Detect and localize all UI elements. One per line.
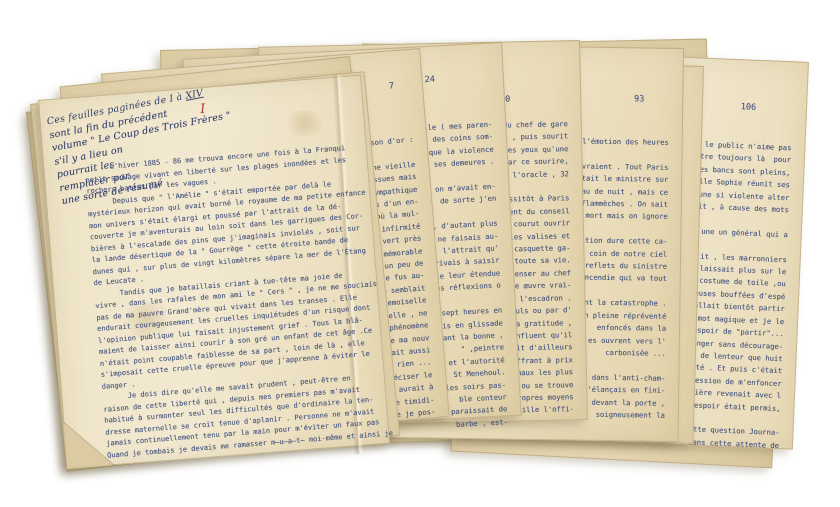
page-number: 7	[388, 81, 394, 91]
page-number: 93	[634, 94, 644, 104]
roman-range: XIV	[184, 88, 204, 102]
folded-corner	[63, 419, 112, 468]
stain	[281, 108, 329, 138]
manuscript-photo: 106 jours le public n'aime past d'être t…	[0, 0, 840, 507]
red-roman-numeral: I	[200, 102, 206, 117]
typed-text: L'hiver 1885 - 86 me trouva encore une f…	[84, 141, 393, 462]
manuscript-page-1: Ces feuilles paginées de I à XIV sont la…	[38, 75, 390, 469]
page-number: 106	[740, 102, 756, 113]
page-number: 24	[424, 75, 435, 86]
